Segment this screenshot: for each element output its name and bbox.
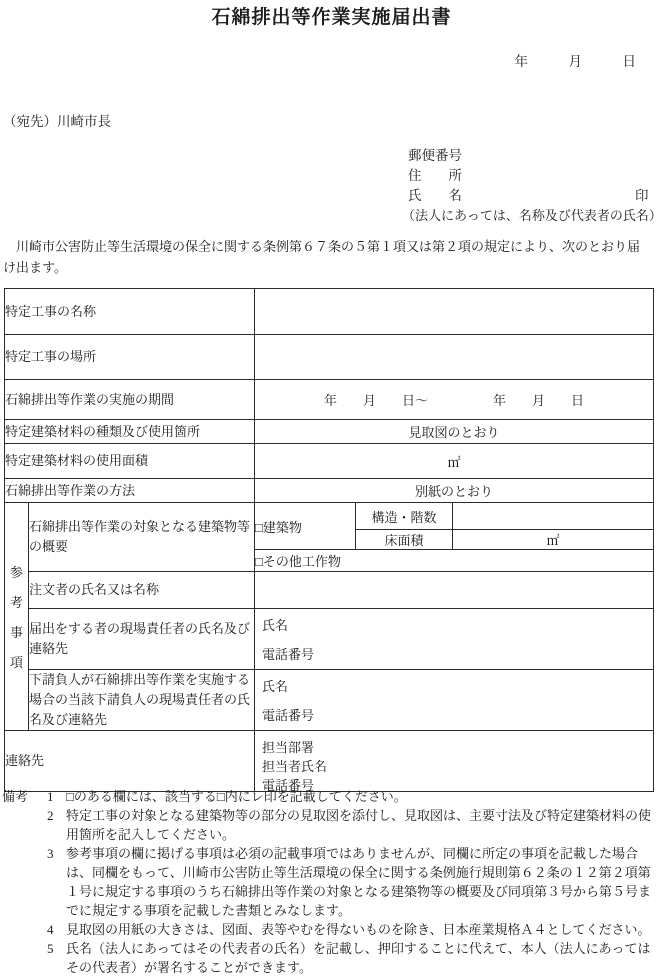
work-name-label: 特定工事の名称 <box>5 289 255 335</box>
work-method-label: 石綿排出等作業の方法 <box>5 479 255 503</box>
note-text: □のある欄には、該当する□内にレ印を記載してください。 <box>66 787 651 806</box>
subcontractor-phone-field-label: 電話番号 <box>262 705 646 724</box>
contact-label: 連絡先 <box>5 731 255 792</box>
notifier-name-field-label: 氏名 <box>262 615 646 634</box>
table-row: 下請負人が石綿排出等作業を実施する場合の当該下請負人の現場責任者の氏名及び連絡先… <box>5 670 654 731</box>
postal-code-label: 郵便番号 <box>402 146 662 166</box>
table-row: 石綿排出等作業の方法 別紙のとおり <box>5 479 654 503</box>
date-line: 年 月 日 <box>515 50 637 70</box>
subcontractor-name-field-label: 氏名 <box>262 676 646 695</box>
other-structure-checkbox-label: その他工作物 <box>263 554 341 569</box>
address-label: 住 所 <box>402 166 662 186</box>
notifier-phone-field-label: 電話番号 <box>262 644 646 663</box>
note-item: 5 氏名（法人にあってはその代表者の氏名）を記載し、押印することに代えて、本人（… <box>47 939 651 977</box>
table-row: 連絡先 担当部署 担当者氏名 電話番号 <box>5 731 654 792</box>
note-item: 1 □のある欄には、該当する□内にレ印を記載してください。 <box>47 787 651 806</box>
note-text: 特定工事の対象となる建築物等の部分の見取図を添付し、見取図は、主要寸法及び特定建… <box>66 806 651 844</box>
table-row: 石綿排出等作業の実施の期間 年 月 日～ 年 月 日 <box>5 380 654 420</box>
work-period-value: 年 月 日～ 年 月 日 <box>255 380 654 420</box>
structure-floors-label: 構造・階数 <box>356 503 453 530</box>
work-period-label: 石綿排出等作業の実施の期間 <box>5 380 255 420</box>
building-checkbox-label: 建築物 <box>263 520 302 535</box>
corporate-note: （法人にあっては、名称及び代表者の氏名） <box>402 206 662 226</box>
work-place-value <box>255 335 654 380</box>
table-row: 特定工事の場所 <box>5 335 654 380</box>
material-area-label: 特定建築材料の使用面積 <box>5 444 255 479</box>
orderer-value <box>255 572 654 609</box>
other-structure-checkbox-icon: □ <box>255 554 263 569</box>
subcontractor-manager-value: 氏名 電話番号 <box>255 670 654 731</box>
table-row: 特定建築材料の使用面積 ㎡ <box>5 444 654 479</box>
note-number: 3 <box>47 844 66 920</box>
note-number: 2 <box>47 806 66 844</box>
applicant-block: 郵便番号 住 所 氏 名 印 （法人にあっては、名称及び代表者の氏名） <box>402 146 662 226</box>
form-table: 特定工事の名称 特定工事の場所 石綿排出等作業の実施の期間 年 月 日～ 年 月… <box>4 288 654 792</box>
contact-person-field-label: 担当者氏名 <box>262 756 646 775</box>
note-item: 2 特定工事の対象となる建築物等の部分の見取図を添付し、見取図は、主要寸法及び特… <box>47 806 651 844</box>
building-overview-label: 石綿排出等作業の対象となる建築物等の概要 <box>29 503 255 572</box>
note-item: 4 見取図の用紙の大きさは、図面、表等やむを得ないものを除き、日本産業規格Ａ４と… <box>47 920 651 939</box>
notifier-manager-value: 氏名 電話番号 <box>255 609 654 670</box>
note-text: 参考事項の欄に掲げる事項は必須の記載事項ではありませんが、同欄に所定の事項を記載… <box>66 844 651 920</box>
building-checkbox-icon: □ <box>255 520 263 535</box>
note-item: 3 参考事項の欄に掲げる事項は必須の記載事項ではありませんが、同欄に所定の事項を… <box>47 844 651 920</box>
orderer-label: 注文者の氏名又は名称 <box>29 572 255 609</box>
notes-section: 備考 1 □のある欄には、該当する□内にレ印を記載してください。 2 特定工事の… <box>2 787 651 977</box>
contact-dept-field-label: 担当部署 <box>262 737 646 756</box>
floor-area-value: ㎡ <box>453 530 654 550</box>
material-area-value: ㎡ <box>255 444 654 479</box>
seal-mark: 印 <box>635 186 649 206</box>
table-row: 届出をする者の現場責任者の氏名及び連絡先 氏名 電話番号 <box>5 609 654 670</box>
work-method-value: 別紙のとおり <box>255 479 654 503</box>
table-row: 特定建築材料の種類及び使用箇所 見取図のとおり <box>5 420 654 444</box>
document-page: 石綿排出等作業実施届出書 年 月 日 （宛先）川崎市長 郵便番号 住 所 氏 名… <box>0 0 663 977</box>
reference-section-side-label: 参 考 事 項 <box>5 503 29 731</box>
work-name-value <box>255 289 654 335</box>
floor-area-label: 床面積 <box>356 530 453 550</box>
notifier-manager-label: 届出をする者の現場責任者の氏名及び連絡先 <box>29 609 255 670</box>
material-kind-label: 特定建築材料の種類及び使用箇所 <box>5 420 255 444</box>
work-place-label: 特定工事の場所 <box>5 335 255 380</box>
addressee: （宛先）川崎市長 <box>3 110 111 130</box>
note-number: 5 <box>47 939 66 977</box>
note-number: 4 <box>47 920 66 939</box>
note-text: 見取図の用紙の大きさは、図面、表等やむを得ないものを除き、日本産業規格Ａ４として… <box>66 920 651 939</box>
table-row: 特定工事の名称 <box>5 289 654 335</box>
notes-label: 備考 <box>2 787 47 977</box>
table-row: 参 考 事 項 石綿排出等作業の対象となる建築物等の概要 □建築物 構造・階数 <box>5 503 654 530</box>
structure-floors-value <box>453 503 654 530</box>
material-kind-value: 見取図のとおり <box>255 420 654 444</box>
contact-value: 担当部署 担当者氏名 電話番号 <box>255 731 654 792</box>
declaration-text: 川崎市公害防止等生活環境の保全に関する条例第６７条の５第１項又は第２項の規定によ… <box>3 236 647 278</box>
note-text: 氏名（法人にあってはその代表者の氏名）を記載し、押印することに代えて、本人（法人… <box>66 939 651 977</box>
building-checkbox-cell: □建築物 <box>255 503 356 550</box>
table-row: 注文者の氏名又は名称 <box>5 572 654 609</box>
name-line: 氏 名 印 <box>402 186 662 206</box>
subcontractor-manager-label: 下請負人が石綿排出等作業を実施する場合の当該下請負人の現場責任者の氏名及び連絡先 <box>29 670 255 731</box>
name-label: 氏 名 <box>408 188 462 203</box>
note-items: 1 □のある欄には、該当する□内にレ印を記載してください。 2 特定工事の対象と… <box>47 787 651 977</box>
other-structure-checkbox-cell: □その他工作物 <box>255 550 654 572</box>
document-title: 石綿排出等作業実施届出書 <box>0 2 663 29</box>
note-number: 1 <box>47 787 66 806</box>
